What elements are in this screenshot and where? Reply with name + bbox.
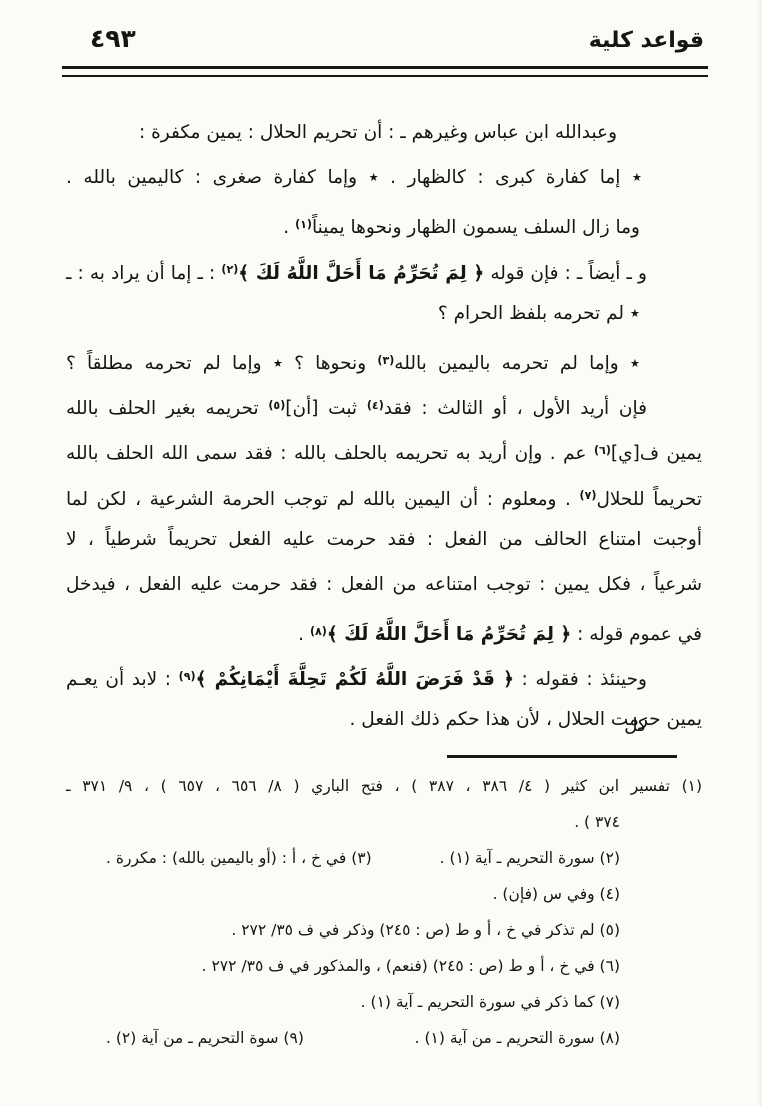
body-text-segment: يمين ف[ي] xyxy=(611,443,702,464)
footnote-ref: (٣) xyxy=(377,354,394,367)
body-text-segment: في عموم قوله : xyxy=(571,624,702,645)
body-line: شرعياً ، فكل يمين : توجب امتناعه من الفع… xyxy=(66,562,702,607)
body-text: وعبدالله ابن عباس وغيرهم ـ : أن تحريم ال… xyxy=(66,110,702,743)
body-text-segment: ونحوها ؟ ٭ وإما لم تحرمه مطلقاً ؟ xyxy=(66,353,377,374)
footnote-row: (٥) لم تذكر في خ ، أ و ط (ص : ٢٤٥) وذكر … xyxy=(66,912,702,948)
footnotes: (١) تفسير ابن كثير ( ٤/ ٣٨٦ ، ٣٨٧ ) ، فت… xyxy=(66,768,702,1056)
body-line: ٭ وإما لم تحرمه باليمين بالله(٣) ونحوها … xyxy=(66,336,702,381)
body-line: و ـ أيضاً ـ : فإن قوله ﴿ لِمَ تُحَرِّمُ … xyxy=(66,246,702,291)
footnote-row: (٦) في خ ، أ و ط (ص : ٢٤٥) (فنعم) ، والم… xyxy=(66,948,702,984)
footnote-item: (٢) سورة التحريم ـ آية (١) . xyxy=(440,840,620,876)
body-text-segment: وحينئذ : فقوله : xyxy=(514,669,647,690)
body-line: يمين ف[ي](٦) عم . وإن أريد به تحريمه بال… xyxy=(66,426,702,471)
quran-verse: ﴿ قَدْ فَرَضَ اللَّهُ لَكُمْ تَحِلَّةَ أ… xyxy=(196,669,514,690)
footnote-row: (٢) سورة التحريم ـ آية (١) .(٣) في خ ، أ… xyxy=(66,840,702,876)
footnote-row: (٨) سورة التحريم ـ من آية (١) .(٩) سوة ا… xyxy=(66,1020,702,1056)
body-line: يمين حرمت الحلال ، لأن هذا حكم ذلك الفعل… xyxy=(66,697,702,742)
body-text-segment: ثبت [أن] xyxy=(285,398,367,419)
footnote-row: (٤) وفي س (فإن) . xyxy=(66,876,702,912)
footnote-row: (٧) كما ذكر في سورة التحريم ـ آية (١) . xyxy=(66,984,702,1020)
body-text-segment: يمين حرمت الحلال ، لأن هذا حكم ذلك الفعل… xyxy=(350,709,702,730)
page-number: ٤٩٣ xyxy=(90,24,136,53)
header-rule-top xyxy=(62,66,708,69)
body-text-segment: . ومعلوم : أن اليمين بالله لم توجب الحرم… xyxy=(66,489,580,510)
body-line: أوجبت امتناع الحالف من الفعل : فقد حرمت … xyxy=(66,517,702,562)
footnote-ref: (١) xyxy=(295,218,312,231)
footnote-ref: (٦) xyxy=(594,444,611,457)
body-text-segment: . xyxy=(298,624,310,645)
body-line: وما زال السلف يسمون الظهار ونحوها يميناً… xyxy=(66,200,702,245)
body-text-segment: ٭ وإما لم تحرمه باليمين بالله xyxy=(394,353,640,374)
footnote-ref: (٧) xyxy=(580,489,597,502)
footnote-ref: (٤) xyxy=(367,399,384,412)
book-title: قواعد كلية xyxy=(589,28,704,53)
footnote-ref: (٢) xyxy=(221,263,238,276)
body-text-segment: تحريماً للحلال xyxy=(596,489,702,510)
body-text-segment: شرعياً ، فكل يمين : توجب امتناعه من الفع… xyxy=(66,574,702,595)
body-line: وعبدالله ابن عباس وغيرهم ـ : أن تحريم ال… xyxy=(66,110,702,155)
footnote-row: (١) تفسير ابن كثير ( ٤/ ٣٨٦ ، ٣٨٧ ) ، فت… xyxy=(66,768,702,804)
quran-verse: ﴿ لِمَ تُحَرِّمُ مَا أَحَلَّ اللَّهُ لَك… xyxy=(238,263,484,284)
footnote-item: (٨) سورة التحريم ـ من آية (١) . xyxy=(415,1020,620,1056)
body-text-segment: وما زال السلف يسمون الظهار ونحوها يميناً xyxy=(312,218,640,239)
footnote-row: ٣٧٤ ) . xyxy=(66,804,702,840)
body-text-segment: عم . وإن أريد به تحريمه بالحلف بالله : ف… xyxy=(66,443,594,464)
quran-verse: ﴿ لِمَ تُحَرِّمُ مَا أَحَلَّ اللَّهُ لَك… xyxy=(327,624,571,645)
footnote-ref: (٥) xyxy=(268,399,285,412)
body-text-segment: : ـ إما أن يراد به : ـ xyxy=(66,263,221,284)
footnote-ref: (٩) xyxy=(179,670,196,683)
body-line: ٭ لم تحرمه بلفظ الحرام ؟ xyxy=(66,291,702,336)
header-rule-bottom xyxy=(62,75,708,77)
footnote-item: (٣) في خ ، أ : (أو باليمين بالله) : مكرر… xyxy=(106,840,372,876)
footnote-item: (٩) سوة التحريم ـ من آية (٢) . xyxy=(106,1020,304,1056)
body-line: ٭ إما كفارة كبرى : كالظهار . ٭ وإما كفار… xyxy=(66,155,702,200)
body-line: تحريماً للحلال(٧) . ومعلوم : أن اليمين ب… xyxy=(66,472,702,517)
body-text-segment: وعبدالله ابن عباس وغيرهم ـ : أن تحريم ال… xyxy=(139,122,617,143)
footnote-separator xyxy=(447,755,677,758)
body-line: فإن أريد الأول ، أو الثالث : فقد(٤) ثبت … xyxy=(66,381,702,426)
body-text-segment: فإن أريد الأول ، أو الثالث : فقد xyxy=(384,398,647,419)
body-text-segment: تحريمه بغير الحلف بالله xyxy=(66,398,268,419)
scanned-book-page: قواعد كلية ٤٩٣ وعبدالله ابن عباس وغيرهم … xyxy=(0,0,762,1106)
body-text-segment: أوجبت امتناع الحالف من الفعل : فقد حرمت … xyxy=(66,529,702,550)
footnote-ref: (٨) xyxy=(310,625,327,638)
body-text-segment: ٭ لم تحرمه بلفظ الحرام ؟ xyxy=(438,303,640,324)
body-text-segment: و ـ أيضاً ـ : فإن قوله xyxy=(484,263,647,284)
body-line: في عموم قوله : ﴿ لِمَ تُحَرِّمُ مَا أَحَ… xyxy=(66,607,702,652)
body-text-segment: . xyxy=(283,218,295,239)
body-line: وحينئذ : فقوله : ﴿ قَدْ فَرَضَ اللَّهُ ل… xyxy=(66,652,702,697)
page-header: قواعد كلية ٤٩٣ xyxy=(90,24,704,53)
body-text-segment: ٭ إما كفارة كبرى : كالظهار . ٭ وإما كفار… xyxy=(66,167,642,188)
